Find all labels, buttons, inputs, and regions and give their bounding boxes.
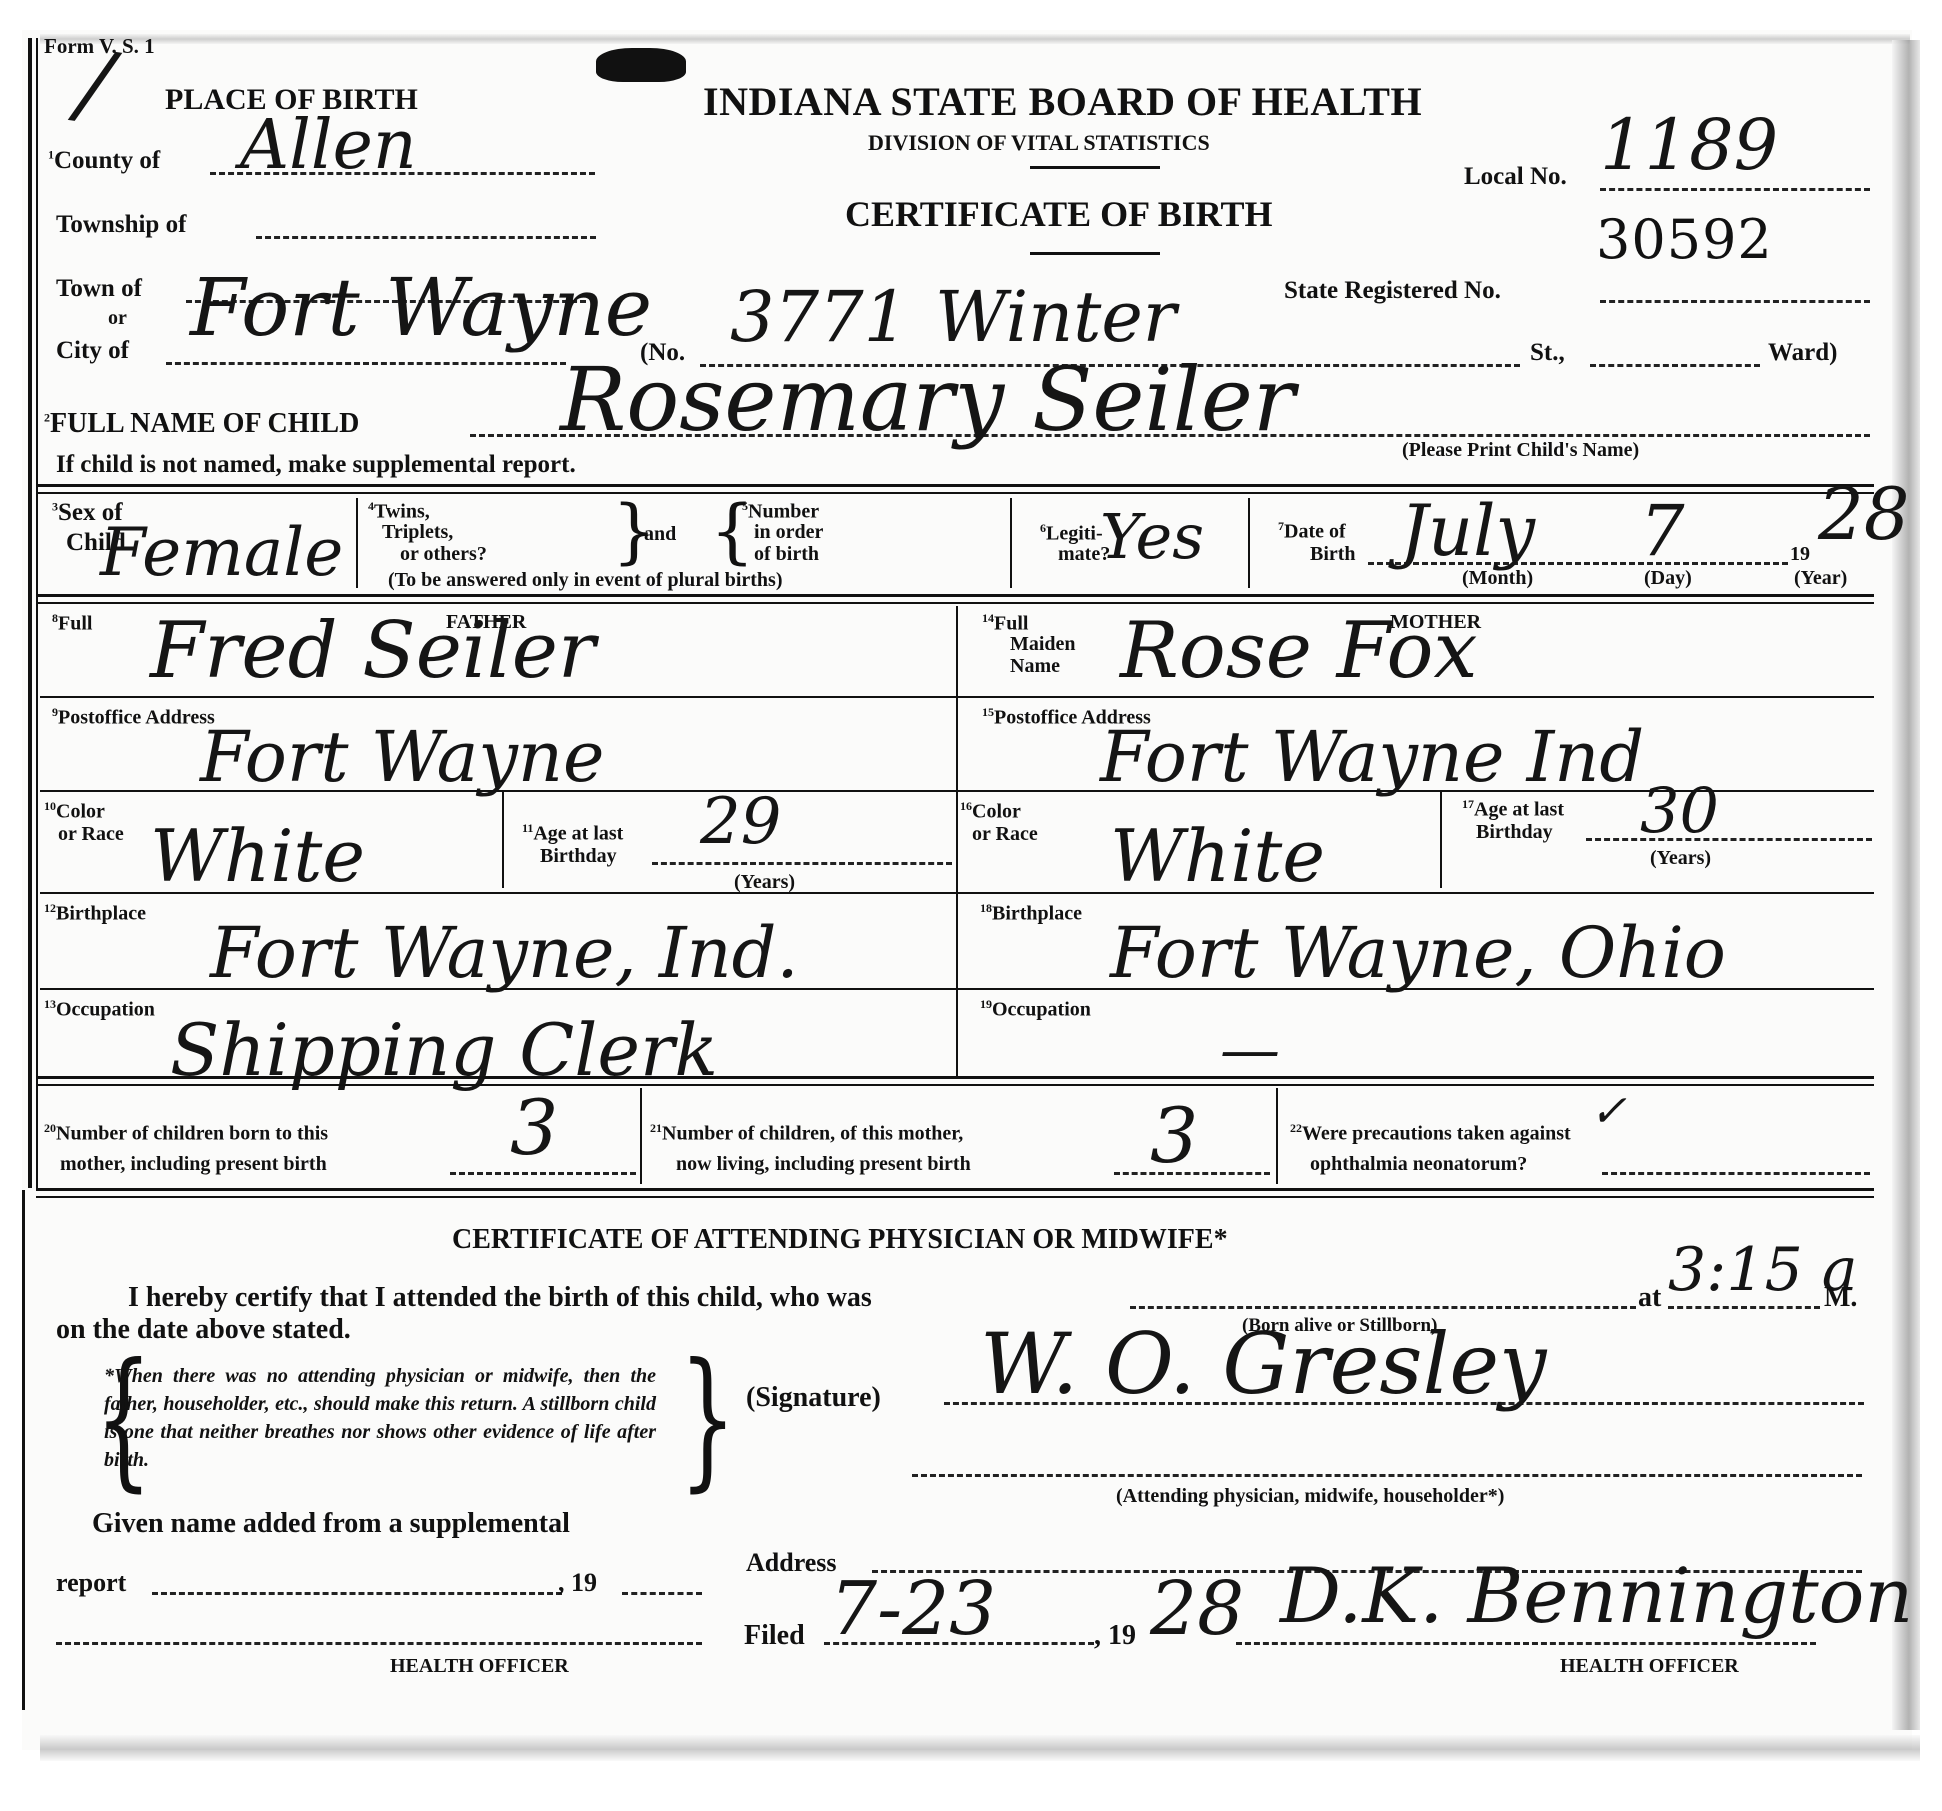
officer-signature-line xyxy=(1236,1642,1816,1645)
certificate-title: CERTIFICATE OF BIRTH xyxy=(845,196,1273,232)
health-officer-label: HEALTH OFFICER xyxy=(1560,1656,1739,1676)
filed-year-prefix: , 19 xyxy=(1094,1622,1136,1650)
county-value[interactable]: Allen xyxy=(240,112,417,180)
certify-text: I hereby certify that I attended the bir… xyxy=(128,1284,872,1312)
report-year-prefix: , 19 xyxy=(558,1570,597,1596)
full-name-label: 2FULL NAME OF CHILD xyxy=(44,410,359,438)
plural-births-note: (To be answered only in event of plural … xyxy=(388,570,782,590)
physician-certificate-title: CERTIFICATE OF ATTENDING PHYSICIAN OR MI… xyxy=(452,1226,1228,1254)
mother-name-value[interactable]: Rose Fox xyxy=(1120,612,1477,690)
children-divider-1 xyxy=(640,1088,642,1184)
state-registered-label: State Registered No. xyxy=(1284,278,1501,303)
dob-label-2: Birth xyxy=(1310,544,1356,564)
order-label-3: of birth xyxy=(754,544,819,564)
legit-value[interactable]: Yes xyxy=(1100,506,1204,568)
father-name-value[interactable]: Fred Seiler xyxy=(150,612,595,690)
county-label: 1County of xyxy=(48,148,160,173)
dob-label-1: Date of xyxy=(1284,521,1346,543)
stamped-number: 30592 xyxy=(1596,208,1773,271)
mother-age-label-2: Birthday xyxy=(1476,822,1553,842)
legit-divider xyxy=(1248,498,1250,588)
divider-1b xyxy=(36,492,1874,494)
physician-signature[interactable]: W. O. Gresley xyxy=(980,1322,1547,1406)
filed-date-value[interactable]: 7-23 xyxy=(830,1572,996,1646)
sex-value[interactable]: Female xyxy=(100,520,343,586)
m-label: M. xyxy=(1824,1284,1857,1312)
divider-4a xyxy=(36,1188,1874,1191)
father-color-label-1: Color xyxy=(56,801,105,823)
father-address-value[interactable]: Fort Wayne xyxy=(200,722,604,792)
mother-age-value[interactable]: 30 xyxy=(1640,780,1719,842)
ward-line[interactable] xyxy=(1590,364,1760,367)
filed-label: Filed xyxy=(744,1622,805,1650)
mother-color-label-2: or Race xyxy=(972,824,1038,844)
child-name-value[interactable]: Rosemary Seiler xyxy=(560,356,1295,444)
mother-full-label-3: Name xyxy=(1010,656,1060,676)
twins-label-1: Twins, xyxy=(374,501,430,523)
mother-color-value[interactable]: White xyxy=(1110,820,1325,892)
mother-color-line xyxy=(958,892,1874,894)
children-born-label-2: mother, including present birth xyxy=(60,1154,327,1174)
father-age-label-2: Birthday xyxy=(540,846,617,866)
report-label: report xyxy=(56,1570,126,1596)
title-rule-top xyxy=(1030,166,1160,169)
father-age-label-1: Age at last xyxy=(533,823,623,845)
mother-years-hint: (Years) xyxy=(1650,848,1711,868)
given-name-label: Given name added from a supplemental xyxy=(92,1510,570,1538)
signature-line-2[interactable] xyxy=(912,1474,1862,1477)
father-age-value[interactable]: 29 xyxy=(700,790,781,854)
mother-color-divider xyxy=(1440,792,1442,888)
township-line[interactable] xyxy=(256,236,596,239)
twins-label-3: or others? xyxy=(400,544,487,564)
title-rule-bottom xyxy=(1030,252,1160,255)
mother-color-label-1: Color xyxy=(972,801,1021,823)
report-line[interactable] xyxy=(152,1592,562,1595)
mother-name-line xyxy=(958,696,1874,698)
sex-divider xyxy=(356,498,358,588)
agency-title: INDIANA STATE BOARD OF HEALTH xyxy=(703,82,1422,122)
mother-address-line xyxy=(958,790,1874,792)
city-label: City of xyxy=(56,338,129,363)
or-label: or xyxy=(108,308,127,328)
mother-full-label-1: Full xyxy=(994,613,1028,635)
children-living-value[interactable]: 3 xyxy=(1150,1098,1198,1174)
father-years-hint: (Years) xyxy=(734,872,795,892)
dob-year-value[interactable]: 28 xyxy=(1818,478,1910,550)
precautions-value[interactable]: ✓ xyxy=(1590,1090,1627,1134)
city-value[interactable]: Fort Wayne xyxy=(190,268,652,348)
signature-label: (Signature) xyxy=(746,1384,881,1412)
division-title: DIVISION OF VITAL STATISTICS xyxy=(868,132,1210,154)
mother-age-line xyxy=(1586,838,1872,841)
health-officer-signature[interactable]: D.K. Bennington xyxy=(1280,1558,1913,1634)
precautions-label-1: Were precautions taken against xyxy=(1302,1123,1571,1145)
dob-month-value[interactable]: July xyxy=(1400,496,1535,566)
footnote-brace-right: } xyxy=(679,1344,736,1494)
parents-divider xyxy=(956,606,958,1078)
address-label: Address xyxy=(746,1550,837,1576)
state-registered-line[interactable] xyxy=(1600,300,1870,303)
mother-address-value[interactable]: Fort Wayne Ind xyxy=(1100,722,1644,792)
scan-shadow-top xyxy=(40,34,1910,44)
township-label: Township of xyxy=(56,212,186,237)
father-address-line xyxy=(40,790,956,792)
twins-label-2: Triplets, xyxy=(382,522,453,542)
order-label-1: Number xyxy=(748,501,819,523)
dob-day-value[interactable]: 7 xyxy=(1640,496,1685,566)
mother-birthplace-value[interactable]: Fort Wayne, Ohio xyxy=(1110,918,1726,988)
mother-occupation-value[interactable]: — xyxy=(1220,1020,1280,1080)
order-label-2: in order xyxy=(754,522,823,542)
father-birthplace-label: Birthplace xyxy=(56,903,146,925)
father-birthplace-value[interactable]: Fort Wayne, Ind. xyxy=(210,918,799,988)
children-living-label-1: Number of children, of this mother, xyxy=(662,1123,963,1145)
supplemental-health-officer-label: HEALTH OFFICER xyxy=(390,1656,569,1676)
mother-birthplace-line xyxy=(958,988,1874,990)
at-label: at xyxy=(1638,1284,1661,1312)
children-divider-2 xyxy=(1276,1088,1278,1184)
town-label: Town of xyxy=(56,276,142,301)
children-born-line xyxy=(450,1172,636,1175)
day-hint: (Day) xyxy=(1644,568,1692,588)
time-line xyxy=(1668,1306,1820,1309)
scan-shadow-right xyxy=(1892,40,1920,1730)
divider-1a xyxy=(36,484,1874,487)
mother-birthplace-label: Birthplace xyxy=(992,903,1082,925)
ink-blot xyxy=(596,48,686,82)
filed-year-value[interactable]: 28 xyxy=(1150,1572,1244,1646)
year-hint: (Year) xyxy=(1794,568,1847,588)
report-year-line[interactable] xyxy=(622,1592,702,1595)
father-age-line xyxy=(652,862,952,865)
supplemental-officer-line[interactable] xyxy=(56,1642,702,1645)
father-color-line xyxy=(40,892,956,894)
children-born-label-1: Number of children born to this xyxy=(56,1123,328,1145)
month-hint: (Month) xyxy=(1462,568,1533,588)
mother-occupation-label: Occupation xyxy=(992,999,1091,1021)
mother-age-label-1: Age at last xyxy=(1474,799,1564,821)
father-color-divider xyxy=(502,792,504,888)
twins-divider xyxy=(1010,498,1012,588)
precautions-label-2: ophthalmia neonatorum? xyxy=(1310,1154,1527,1174)
born-alive-line[interactable] xyxy=(1130,1306,1636,1309)
divider-3a xyxy=(36,1076,1874,1079)
street-number-value[interactable]: 3771 xyxy=(730,282,908,352)
local-no-value[interactable]: 1189 xyxy=(1600,110,1778,180)
not-named-note: If child is not named, make supplemental… xyxy=(56,452,576,477)
father-name-line xyxy=(40,696,956,698)
ward-label: Ward) xyxy=(1768,340,1837,365)
mother-full-label-2: Maiden xyxy=(1010,634,1076,654)
father-full-label: Full xyxy=(58,613,92,635)
divider-2a xyxy=(36,594,1874,597)
street-name-value[interactable]: Winter xyxy=(935,282,1176,352)
divider-2b xyxy=(36,602,1874,604)
divider-4b xyxy=(36,1196,1874,1198)
left-border-inner xyxy=(36,38,38,1188)
father-color-label-2: or Race xyxy=(58,824,124,844)
father-occupation-label: Occupation xyxy=(56,999,155,1021)
attending-hint: (Attending physician, midwife, household… xyxy=(1116,1486,1504,1506)
footnote-text: *When there was no attending physician o… xyxy=(104,1362,656,1474)
and-label: and xyxy=(644,524,676,544)
children-living-label-2: now living, including present birth xyxy=(676,1154,971,1174)
city-line xyxy=(166,362,566,365)
local-no-label: Local No. xyxy=(1464,164,1567,189)
print-name-hint: (Please Print Child's Name) xyxy=(1402,440,1639,460)
precautions-line xyxy=(1602,1172,1870,1175)
local-no-line xyxy=(1600,188,1870,191)
left-border xyxy=(28,38,32,1188)
father-address-label: Postoffice Address xyxy=(58,707,215,729)
left-border-lower xyxy=(22,1190,25,1710)
scan-shadow-bottom xyxy=(40,1735,1920,1761)
father-color-value[interactable]: White xyxy=(150,820,365,892)
children-born-value[interactable]: 3 xyxy=(510,1090,558,1166)
father-birthplace-line xyxy=(40,988,956,990)
dob-year-prefix: 19 xyxy=(1790,544,1810,564)
legit-label-1: Legiti- xyxy=(1046,523,1103,545)
st-label: St., xyxy=(1530,340,1565,365)
